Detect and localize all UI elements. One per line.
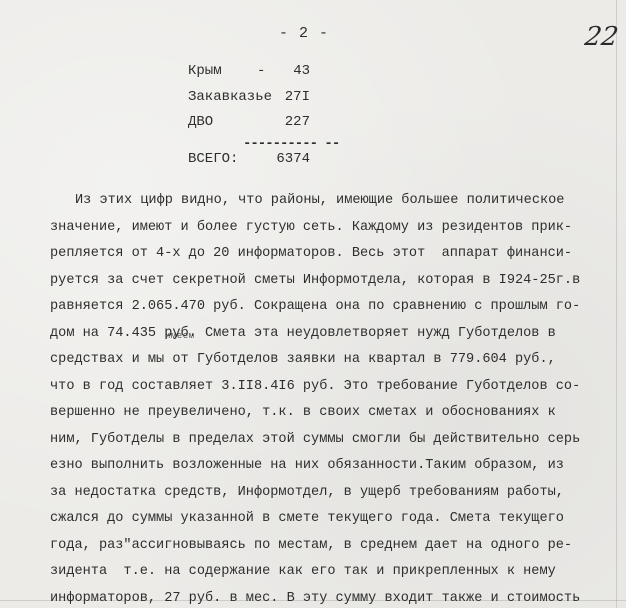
text-line: средствах и мы от Губотделов заявки на к… — [50, 347, 610, 374]
region-value: 43 — [293, 63, 310, 79]
table-total-row: ВСЕГО: 6374 — [188, 151, 310, 171]
total-label: ВСЕГО: — [188, 151, 238, 167]
table-row: Закавказье 27I — [188, 89, 310, 115]
text-line: года, раз"ассигновываясь по местам, в ср… — [50, 533, 610, 560]
region-label: Крым — [188, 63, 222, 79]
handwritten-sheet-number: 22 — [583, 22, 620, 52]
text-line: Из этих цифр видно, что районы, имеющие … — [50, 188, 610, 215]
text-line: репляется от 4-х до 20 информаторов. Вес… — [50, 241, 610, 268]
region-value: 227 — [285, 114, 310, 130]
text-line: за недостатка средств, Информотдел, в ущ… — [50, 480, 610, 507]
text-line: сжался до суммы указанной в смете текуще… — [50, 506, 610, 533]
text-line: руется за счет секретной сметы Информотд… — [50, 268, 610, 295]
total-value: 6374 — [276, 151, 310, 167]
text-line: ним, Губотделы в пределах этой суммы смо… — [50, 427, 610, 454]
body-paragraph: Из этих цифр видно, что районы, имеющие … — [50, 188, 610, 608]
table-divider: ---------- -- — [243, 136, 339, 152]
region-value: 27I — [285, 89, 310, 105]
region-label: Закавказье — [188, 89, 272, 105]
text-line: значение, имеют и более густую сеть. Каж… — [50, 215, 610, 242]
region-label: ДВО — [188, 114, 213, 130]
page-number: - 2 - — [279, 25, 329, 42]
text-line: информаторов, 27 руб. в мес. В эту сумму… — [50, 586, 610, 608]
text-line: езно выполнить возложенные на них обязан… — [50, 453, 610, 480]
table-row: Крым - 43 — [188, 63, 310, 89]
document-page: - 2 - 22 Крым - 43 Закавказье 27I ДВО 22… — [0, 0, 626, 608]
text-line: что в год составляет 3.II8.4I6 руб. Это … — [50, 374, 610, 401]
text-line: дом на 74.435 руб. Смета эта неудовлетво… — [50, 321, 610, 348]
text-line: равняется 2.065.470 руб. Сокращена она п… — [50, 294, 610, 321]
text-line: зидента т.е. на содержание как его так и… — [50, 559, 610, 586]
row-separator: - — [257, 63, 265, 79]
text-line: вершенно не преувеличено, т.к. в своих с… — [50, 400, 610, 427]
paper-fold-line — [616, 0, 617, 608]
region-count-table: Крым - 43 Закавказье 27I ДВО 227 — [188, 63, 310, 140]
